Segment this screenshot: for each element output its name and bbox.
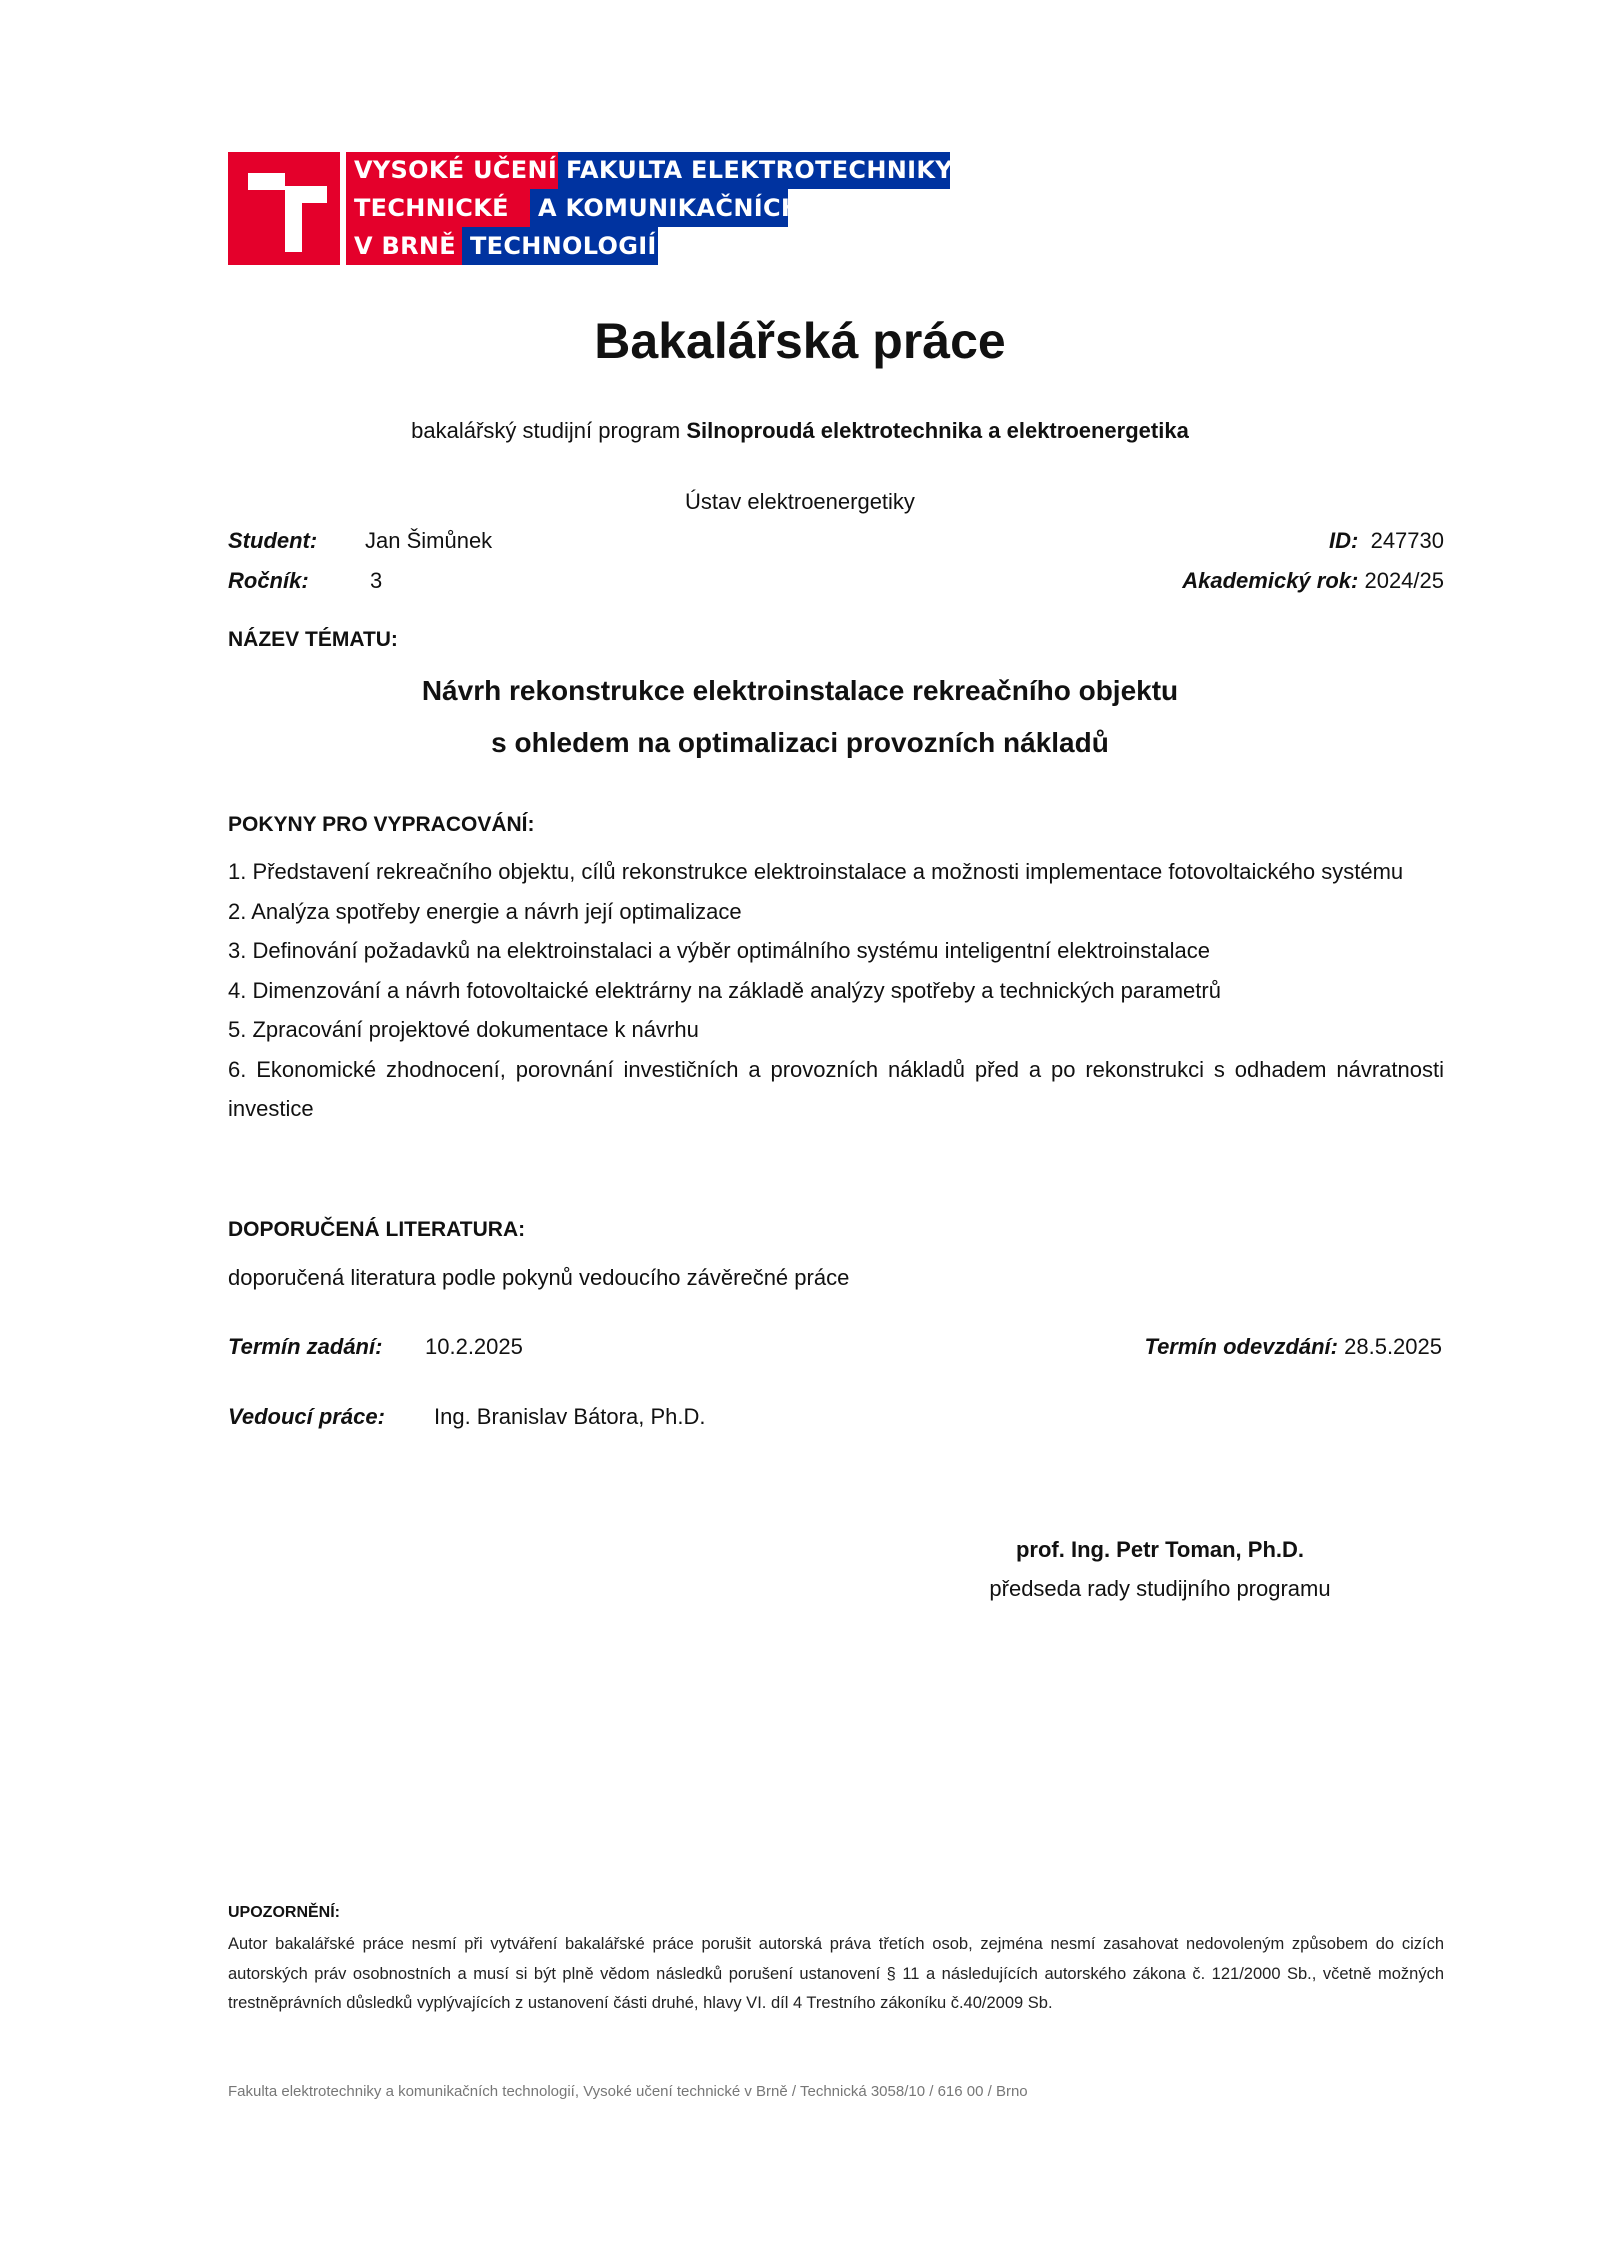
list-item: 2. Analýza spotřeby energie a návrh její… xyxy=(228,892,1444,932)
due-value: 28.5.2025 xyxy=(1344,1334,1442,1359)
academic-year-field: Akademický rok: 2024/25 xyxy=(1182,568,1444,594)
literature-heading: DOPORUČENÁ LITERATURA: xyxy=(228,1218,525,1242)
supervisor-field: Vedoucí práce: xyxy=(228,1404,385,1430)
signature-role: předseda rady studijního programu xyxy=(950,1576,1370,1602)
institute: Ústav elektroenergetiky xyxy=(0,489,1600,515)
topic-line-1: Návrh rekonstrukce elektroinstalace rekr… xyxy=(0,675,1600,707)
logo-text-red-1: VYSOKÉ UČENÍ xyxy=(354,151,557,189)
academic-year-value: 2024/25 xyxy=(1364,568,1444,593)
logo-text-blue-1: FAKULTA ELEKTROTECHNIKY xyxy=(566,151,953,189)
academic-year-label: Akademický rok: xyxy=(1182,568,1358,593)
list-item: 4. Dimenzování a návrh fotovoltaické ele… xyxy=(228,971,1444,1011)
list-item: 1. Představení rekreačního objektu, cílů… xyxy=(228,852,1444,892)
id-field: ID: 247730 xyxy=(1329,528,1444,554)
student-label: Student: xyxy=(228,528,317,553)
warning-heading: UPOZORNĚNÍ: xyxy=(228,1904,340,1922)
id-label: ID: xyxy=(1329,528,1358,553)
instructions-list: 1. Představení rekreačního objektu, cílů… xyxy=(228,852,1444,1129)
due-label: Termín odevzdání: xyxy=(1144,1334,1338,1359)
university-logo: VYSOKÉ UČENÍ TECHNICKÉ V BRNĚ FAKULTA EL… xyxy=(228,152,952,265)
student-field: Student: xyxy=(228,528,317,554)
list-item: 6. Ekonomické zhodnocení, porovnání inve… xyxy=(228,1050,1444,1129)
logo-t-icon xyxy=(228,152,340,265)
student-value: Jan Šimůnek xyxy=(365,528,492,554)
list-item: 3. Definování požadavků na elektroinstal… xyxy=(228,931,1444,971)
assigned-value: 10.2.2025 xyxy=(425,1334,523,1360)
study-program: bakalářský studijní program Silnoproudá … xyxy=(0,418,1600,444)
year-value: 3 xyxy=(370,568,382,594)
program-prefix: bakalářský studijní program xyxy=(411,418,680,443)
logo-text-red-2: TECHNICKÉ xyxy=(354,189,509,227)
logo-text-blue-3: TECHNOLOGIÍ xyxy=(470,227,657,265)
page-footer: Fakulta elektrotechniky a komunikačních … xyxy=(228,2083,1028,2100)
warning-text: Autor bakalářské práce nesmí při vytváře… xyxy=(228,1930,1444,2019)
year-field: Ročník: xyxy=(228,568,309,594)
signature-name: prof. Ing. Petr Toman, Ph.D. xyxy=(950,1537,1370,1563)
id-value: 247730 xyxy=(1371,528,1444,553)
logo-text-red-3: V BRNĚ xyxy=(354,227,456,265)
literature-text: doporučená literatura podle pokynů vedou… xyxy=(228,1265,849,1291)
list-item: 5. Zpracování projektové dokumentace k n… xyxy=(228,1010,1444,1050)
topic-line-2: s ohledem na optimalizaci provozních nák… xyxy=(0,727,1600,759)
program-name: Silnoproudá elektrotechnika a elektroene… xyxy=(686,418,1189,443)
assigned-date: Termín zadání: xyxy=(228,1334,382,1360)
assigned-label: Termín zadání: xyxy=(228,1334,382,1359)
supervisor-value: Ing. Branislav Bátora, Ph.D. xyxy=(434,1404,705,1430)
document-title: Bakalářská práce xyxy=(0,312,1600,370)
supervisor-label: Vedoucí práce: xyxy=(228,1404,385,1429)
topic-heading: NÁZEV TÉMATU: xyxy=(228,628,398,652)
instructions-heading: POKYNY PRO VYPRACOVÁNÍ: xyxy=(228,813,535,837)
year-label: Ročník: xyxy=(228,568,309,593)
logo-text-blue-2: A KOMUNIKAČNÍCH xyxy=(538,189,801,227)
due-date: Termín odevzdání: 28.5.2025 xyxy=(1144,1334,1442,1360)
